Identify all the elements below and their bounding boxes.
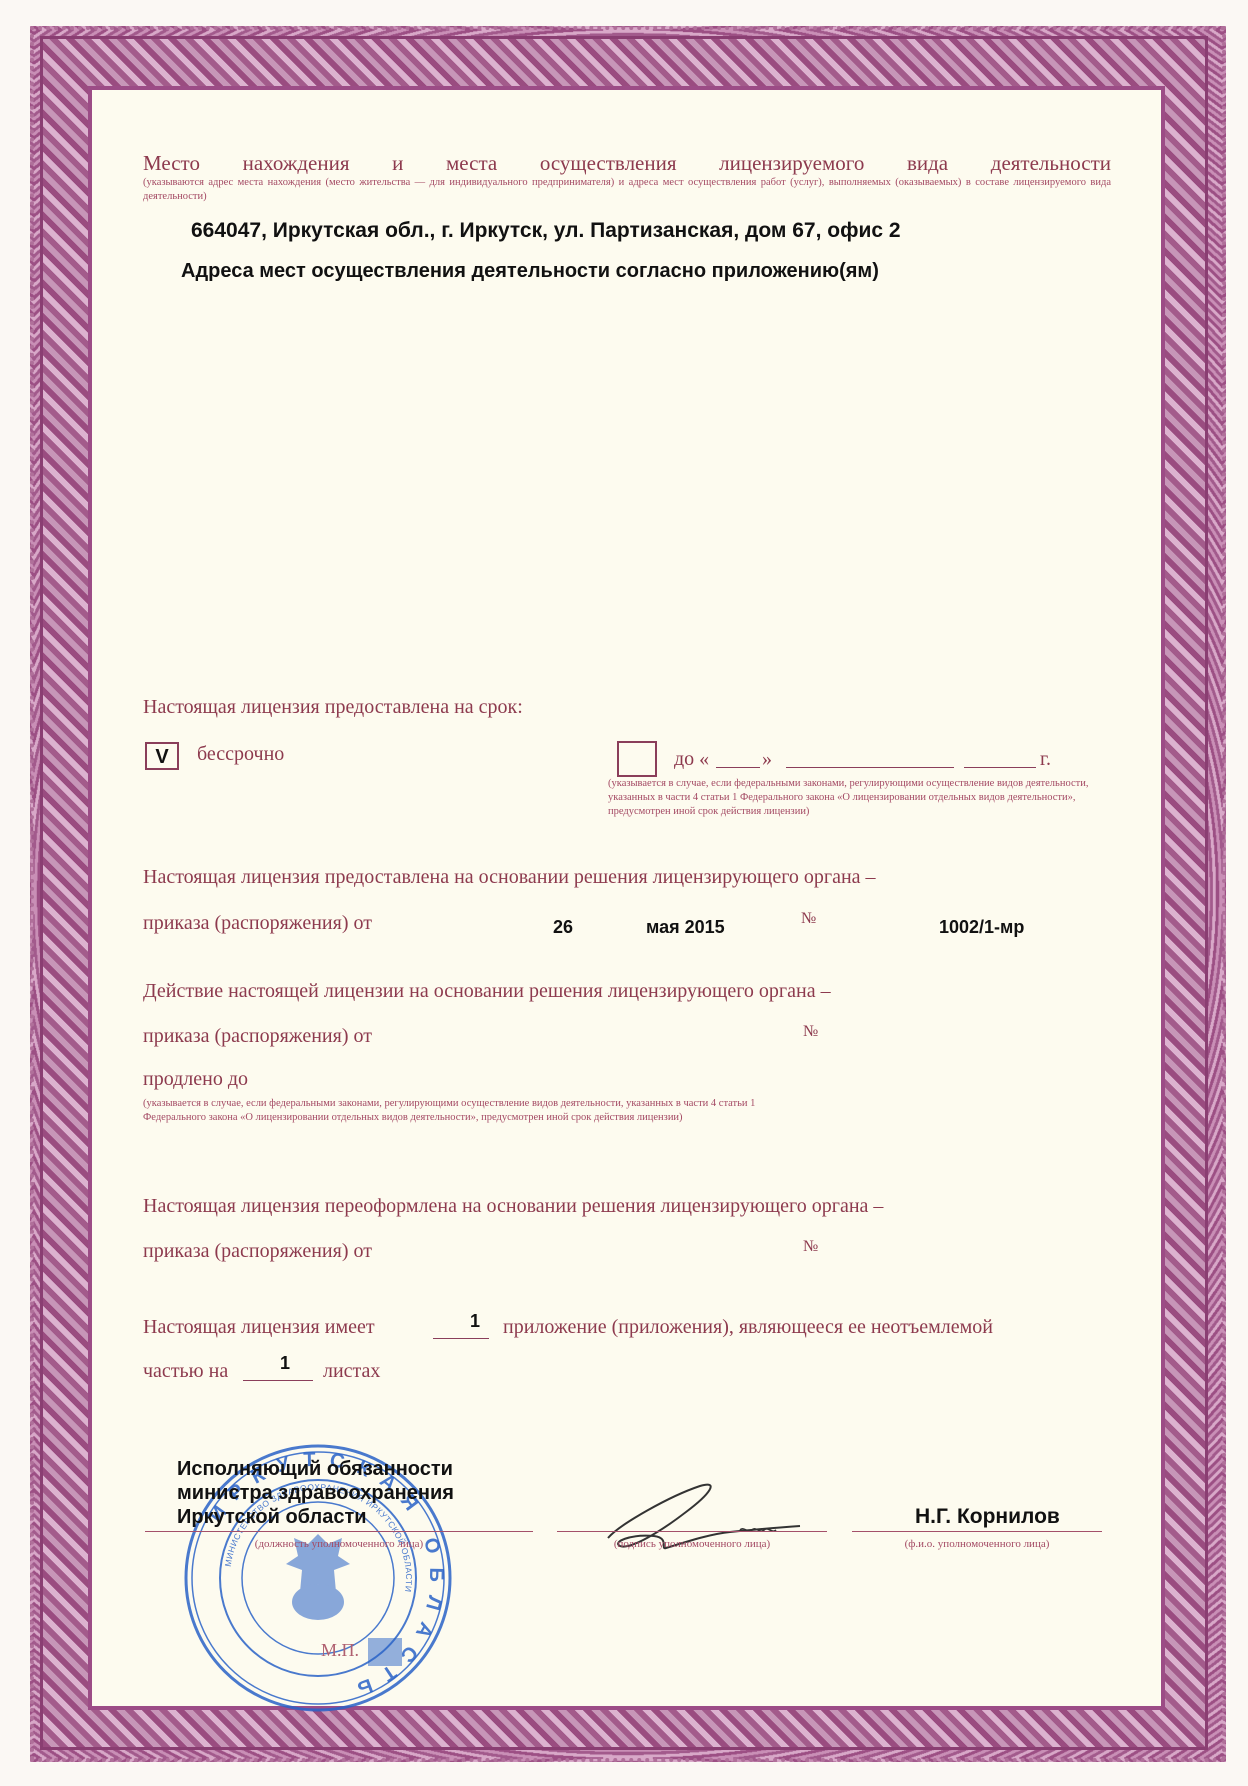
signer-name: Н.Г. Корнилов <box>915 1505 1060 1529</box>
until-prefix: до « <box>674 748 709 771</box>
grant-line2: приказа (распоряжения) от <box>143 912 372 935</box>
grant-day: 26 <box>553 917 573 938</box>
appendix-prefix: Настоящая лицензия имеет <box>143 1316 375 1339</box>
grant-line1: Настоящая лицензия предоставлена на осно… <box>143 866 876 889</box>
appendix-count: 1 <box>470 1311 480 1332</box>
unlimited-label: бессрочно <box>197 743 284 766</box>
location-heading: Место нахождения и места осуществления л… <box>143 151 1111 176</box>
until-day-field[interactable] <box>716 767 760 768</box>
position-line <box>145 1531 533 1532</box>
until-checkbox[interactable] <box>617 741 657 777</box>
signature-line <box>557 1531 827 1532</box>
appendix-middle: приложение (приложения), являющееся ее н… <box>503 1316 993 1339</box>
check-mark-icon: V <box>147 746 177 769</box>
seal-label: М.П. <box>321 1640 359 1661</box>
extended-label: продлено до <box>143 1068 248 1091</box>
reissue-number-sign: № <box>803 1238 818 1256</box>
until-note: (указывается в случае, если федеральными… <box>608 777 1096 819</box>
signer-position-line1: Исполняющий обязанности <box>177 1457 453 1481</box>
grant-number-sign: № <box>801 910 816 928</box>
name-line <box>852 1531 1102 1532</box>
addresses-note: Адреса мест осуществления деятельности с… <box>181 260 879 283</box>
sheets-count: 1 <box>280 1353 290 1374</box>
address-value: 664047, Иркутская обл., г. Иркутск, ул. … <box>191 219 901 243</box>
signer-position-line2: министра здравоохранения <box>177 1481 454 1505</box>
signature-caption: (подпись уполномоченного лица) <box>557 1538 827 1550</box>
extension-line1: Действие настоящей лицензии на основании… <box>143 980 831 1003</box>
signature-scribble-icon <box>590 1476 820 1566</box>
name-caption: (ф.и.о. уполномоченного лица) <box>852 1538 1102 1550</box>
signer-position-line3: Иркутской области <box>177 1505 367 1529</box>
grant-number: 1002/1-мр <box>939 917 1024 938</box>
extension-note: (указывается в случае, если федеральными… <box>143 1097 783 1125</box>
sheets-field <box>243 1380 313 1381</box>
grant-month-year: мая 2015 <box>646 917 725 938</box>
reissue-line2: приказа (распоряжения) от <box>143 1240 372 1263</box>
until-year-field[interactable] <box>964 767 1036 768</box>
extension-line2: приказа (распоряжения) от <box>143 1025 372 1048</box>
until-month-field[interactable] <box>786 767 954 768</box>
until-suffix: г. <box>1040 748 1051 771</box>
reissue-line1: Настоящая лицензия переоформлена на осно… <box>143 1195 883 1218</box>
until-quote-close: » <box>762 748 772 771</box>
extension-number-sign: № <box>803 1023 818 1041</box>
unlimited-checkbox[interactable]: V <box>145 742 179 770</box>
appendix-count-field <box>433 1338 489 1339</box>
appendix-part-prefix: частью на <box>143 1360 228 1383</box>
sheets-suffix: листах <box>323 1360 380 1383</box>
term-label: Настоящая лицензия предоставлена на срок… <box>143 696 523 719</box>
location-note: (указываются адрес места нахождения (мес… <box>143 176 1111 204</box>
position-caption: (должность уполномоченного лица) <box>145 1538 533 1550</box>
